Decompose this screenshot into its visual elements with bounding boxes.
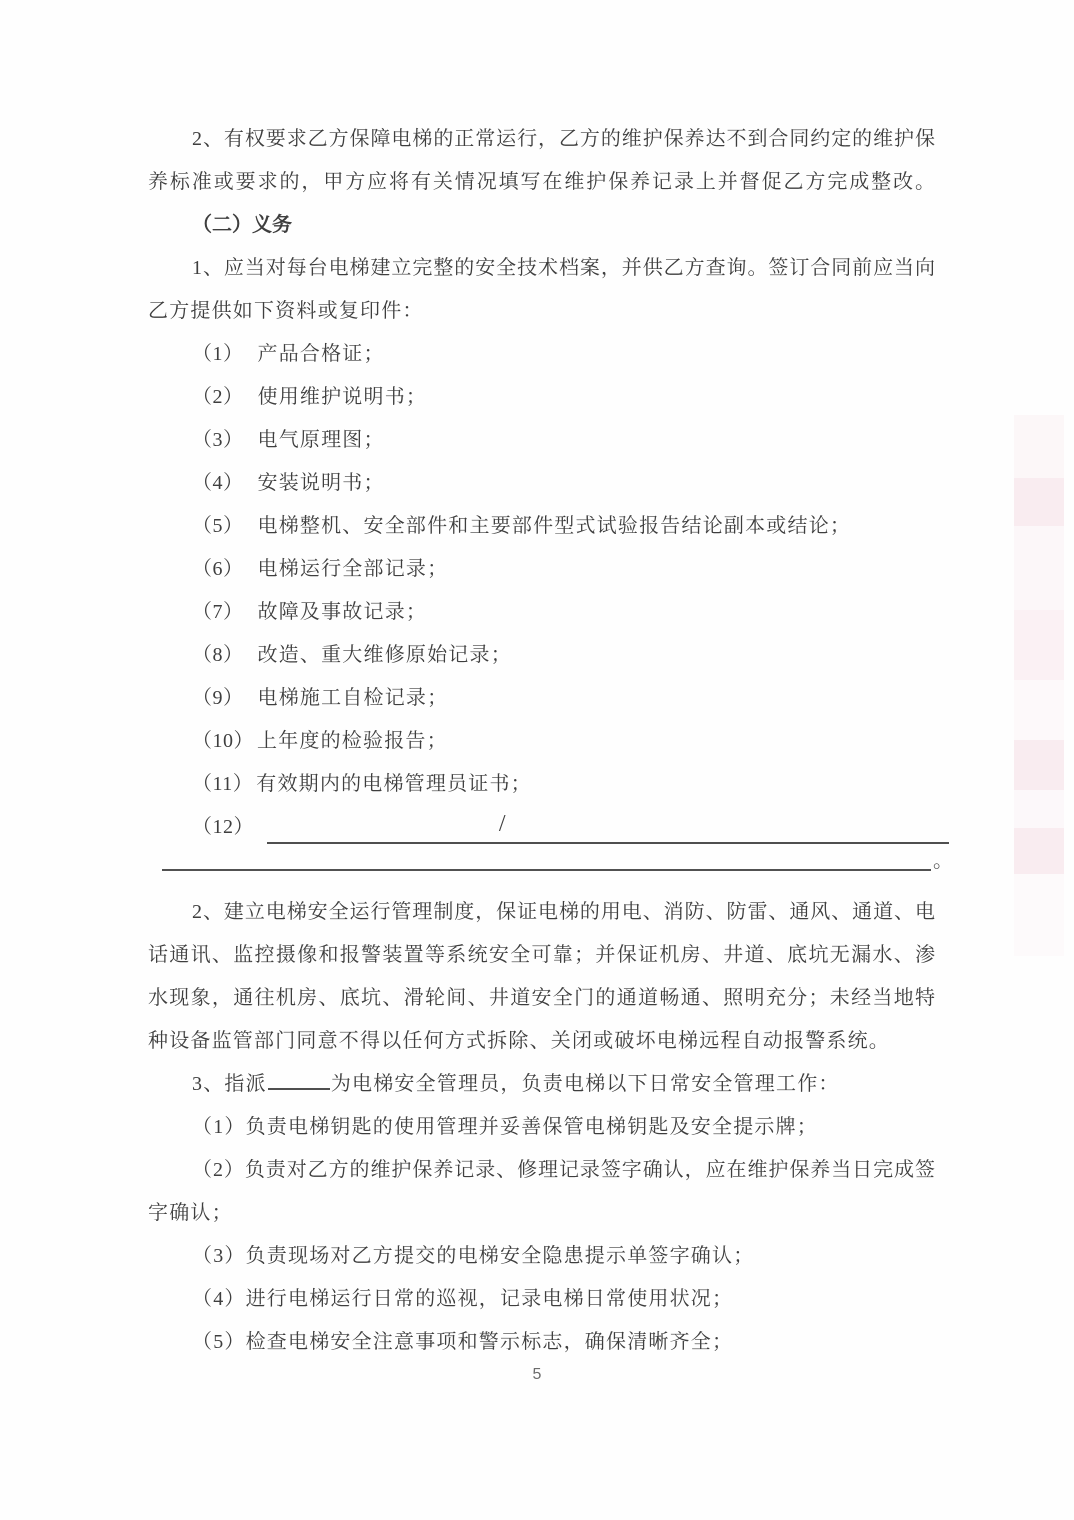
duty-list-item: （5）检查电梯安全注意事项和警示标志，确保清晰齐全； — [148, 1321, 935, 1364]
scan-artifact-highlight — [1014, 680, 1064, 740]
fill-in-blank-line — [162, 869, 931, 871]
fill-in-blank-continuation: 。 — [162, 849, 953, 885]
period-mark: 。 — [933, 840, 953, 883]
list-item-text: 电气原理图； — [258, 419, 385, 462]
slash-mark: / — [499, 803, 506, 846]
scan-artifact-highlight — [1014, 610, 1064, 680]
list-item-number: （4） — [192, 462, 244, 505]
duty-list-item: （2）负责对乙方的维护保养记录、修理记录签字确认，应在维护保养当日完成签 — [148, 1149, 935, 1192]
clause-obligation-1-line: 乙方提供如下资料或复印件： — [148, 290, 935, 333]
scan-artifact-highlight — [1014, 415, 1064, 478]
document-list-item: （4） 安装说明书； — [148, 462, 935, 505]
list-item-text: 产品合格证； — [258, 333, 385, 376]
clause-text: 为电梯安全管理员，负责电梯以下日常安全管理工作： — [331, 1073, 840, 1095]
clause-obligation-1-line: 1、应当对每台电梯建立完整的安全技术档案，并供乙方查询。签订合同前应当向 — [148, 247, 935, 290]
document-list-item: （8） 改造、重大维修原始记录； — [148, 634, 935, 677]
document-list-item: （9） 电梯施工自检记录； — [148, 677, 935, 720]
clause-obligation-2-line: 水现象，通往机房、底坑、滑轮间、井道安全门的通道畅通、照明充分；未经当地特 — [148, 977, 935, 1020]
document-list-item: （7） 故障及事故记录； — [148, 591, 935, 634]
document-list-item: （5） 电梯整机、安全部件和主要部件型式试验报告结论副本或结论； — [148, 505, 935, 548]
duty-list-item: （1）负责电梯钥匙的使用管理并妥善保管电梯钥匙及安全提示牌； — [148, 1106, 935, 1149]
list-item-text: 上年度的检验报告； — [257, 720, 448, 763]
scan-artifact-highlight — [1014, 740, 1064, 790]
list-item-number: （5） — [192, 505, 244, 548]
list-item-number: （2） — [192, 376, 244, 419]
section-heading-obligations: （二）义务 — [148, 204, 935, 247]
scan-artifact-highlight — [1014, 526, 1064, 610]
list-item-number: （12） — [192, 806, 254, 849]
duty-list-item: （3）负责现场对乙方提交的电梯安全隐患提示单签字确认； — [148, 1235, 935, 1278]
document-list-item-blank: （12） / — [148, 806, 935, 849]
clause-rights-2-line: 2、有权要求乙方保障电梯的正常运行，乙方的维护保养达不到合同约定的维护保 — [148, 118, 935, 161]
duty-list-item: （4）进行电梯运行日常的巡视，记录电梯日常使用状况； — [148, 1278, 935, 1321]
scanned-contract-page: 2、有权要求乙方保障电梯的正常运行，乙方的维护保养达不到合同约定的维护保 养标准… — [0, 0, 1074, 1520]
list-item-number: （11） — [192, 763, 253, 806]
list-item-number: （1） — [192, 333, 244, 376]
fill-in-blank-inline — [268, 1068, 330, 1090]
clause-obligation-2-line: 话通讯、监控摄像和报警装置等系统安全可靠；并保证机房、井道、底坑无漏水、渗 — [148, 934, 935, 977]
list-item-text: 电梯施工自检记录； — [258, 677, 449, 720]
list-item-text: 安装说明书； — [258, 462, 385, 505]
list-item-number: （7） — [192, 591, 244, 634]
document-list-item: （11） 有效期内的电梯管理员证书； — [148, 763, 935, 806]
list-item-text: 电梯运行全部记录； — [258, 548, 449, 591]
document-list-item: （10） 上年度的检验报告； — [148, 720, 935, 763]
list-item-number: （10） — [192, 720, 254, 763]
list-item-text: 有效期内的电梯管理员证书； — [256, 763, 532, 806]
document-list-item: （1） 产品合格证； — [148, 333, 935, 376]
clause-rights-2-line: 养标准或要求的，甲方应将有关情况填写在维护保养记录上并督促乙方完成整改。 — [148, 161, 935, 204]
list-item-number: （3） — [192, 419, 244, 462]
duty-list-item-continuation: 字确认； — [148, 1192, 935, 1235]
scan-artifact-highlight — [1014, 790, 1064, 828]
list-item-text: 故障及事故记录； — [258, 591, 428, 634]
list-item-text: 使用维护说明书； — [258, 376, 428, 419]
clause-text: 3、指派 — [192, 1073, 267, 1095]
list-item-text: 电梯整机、安全部件和主要部件型式试验报告结论副本或结论； — [258, 505, 852, 548]
contract-body: 2、有权要求乙方保障电梯的正常运行，乙方的维护保养达不到合同约定的维护保 养标准… — [148, 118, 935, 1364]
clause-obligation-2-line: 2、建立电梯安全运行管理制度，保证电梯的用电、消防、防雷、通风、通道、电 — [148, 891, 935, 934]
scan-artifact-highlight — [1014, 478, 1064, 526]
list-item-number: （8） — [192, 634, 244, 677]
document-list-item: （2） 使用维护说明书； — [148, 376, 935, 419]
document-list-item: （6） 电梯运行全部记录； — [148, 548, 935, 591]
document-list-item: （3） 电气原理图； — [148, 419, 935, 462]
list-item-text: 改造、重大维修原始记录； — [258, 634, 512, 677]
page-number: 5 — [0, 1366, 1074, 1384]
scan-artifact-highlight — [1014, 874, 1064, 956]
fill-in-blank-line: / — [267, 808, 949, 844]
clause-obligation-2-line: 种设备监管部门同意不得以任何方式拆除、关闭或破坏电梯远程自动报警系统。 — [148, 1020, 935, 1063]
list-item-number: （6） — [192, 548, 244, 591]
clause-obligation-3: 3、指派为电梯安全管理员，负责电梯以下日常安全管理工作： — [148, 1063, 935, 1106]
scan-artifact-highlight — [1014, 828, 1064, 874]
list-item-number: （9） — [192, 677, 244, 720]
